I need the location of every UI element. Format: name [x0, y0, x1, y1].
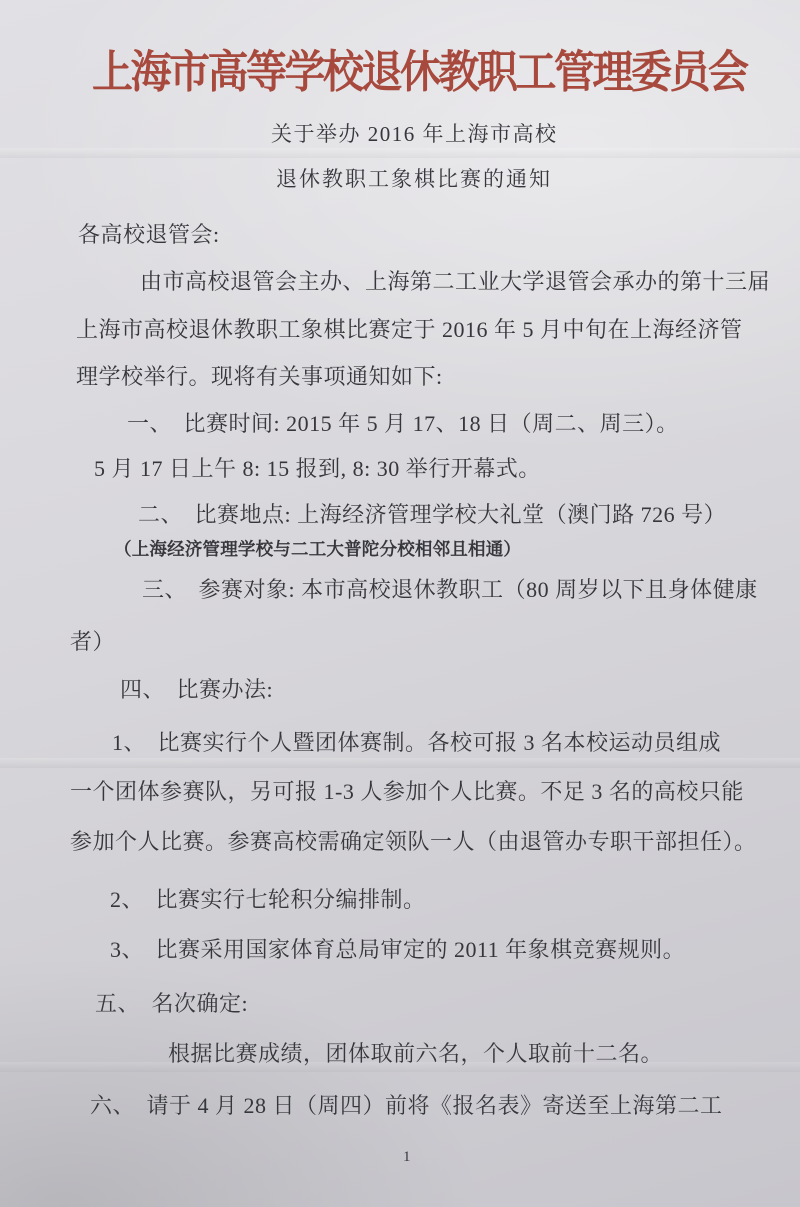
item-4-3: 3、 比赛采用国家体育总局审定的 2011 年象棋竞赛规则。 — [110, 936, 685, 964]
page-number: 1 — [403, 1148, 411, 1167]
paper-crease — [0, 148, 800, 158]
doc-subtitle-line2: 退休教职工象棋比赛的通知 — [276, 166, 552, 192]
doc-title: 上海市高等学校退休教职工管理委员会 — [92, 45, 747, 100]
doc-subtitle-line1: 关于举办 2016 年上海市高校 — [271, 121, 558, 147]
item-4-2: 2、 比赛实行七轮积分编排制。 — [110, 886, 426, 914]
item-3-participants-line2: 者） — [70, 628, 115, 656]
paper-crease — [0, 758, 800, 768]
item-1-time-line2: 5 月 17 日上午 8: 15 报到, 8: 30 举行开幕式。 — [94, 455, 541, 483]
item-4-1-line2: 一个团体参赛队，另可报 1-3 人参加个人比赛。不足 3 名的高校只能 — [70, 778, 744, 806]
item-6-registration: 六、 请于 4 月 28 日（周四）前将《报名表》寄送至上海第二工 — [90, 1092, 723, 1120]
item-4-method-heading: 四、 比赛办法: — [120, 676, 273, 704]
intro-line-3: 理学校举行。现将有关事项通知如下: — [76, 363, 443, 391]
item-2-location: 二、 比赛地点: 上海经济管理学校大礼堂（澳门路 726 号） — [138, 501, 726, 529]
item-5-ranking-heading: 五、 名次确定: — [95, 990, 248, 1018]
item-4-1-line1: 1、 比赛实行个人暨团体赛制。各校可报 3 名本校运动员组成 — [112, 729, 721, 757]
intro-line-1: 由市高校退管会主办、上海第二工业大学退管会承办的第十三届 — [140, 268, 770, 296]
item-1-time-line1: 一、 比赛时间: 2015 年 5 月 17、18 日（周二、周三）。 — [127, 410, 679, 438]
salutation: 各高校退管会: — [78, 221, 220, 249]
item-5-ranking-detail: 根据比赛成绩，团体取前六名，个人取前十二名。 — [168, 1040, 663, 1068]
item-4-1-line3: 参加个人比赛。参赛高校需确定领队一人（由退管办专职干部担任）。 — [70, 828, 757, 856]
item-3-participants-line1: 三、 参赛对象: 本市高校退休教职工（80 周岁以下且身体健康 — [142, 576, 758, 604]
item-2-location-note: （上海经济管理学校与二工大普陀分校相邻且相通） — [114, 539, 521, 561]
document-photo: 上海市高等学校退休教职工管理委员会 关于举办 2016 年上海市高校 退休教职工… — [0, 0, 800, 1207]
intro-line-2: 上海市高校退休教职工象棋比赛定于 2016 年 5 月中旬在上海经济管 — [76, 316, 743, 344]
